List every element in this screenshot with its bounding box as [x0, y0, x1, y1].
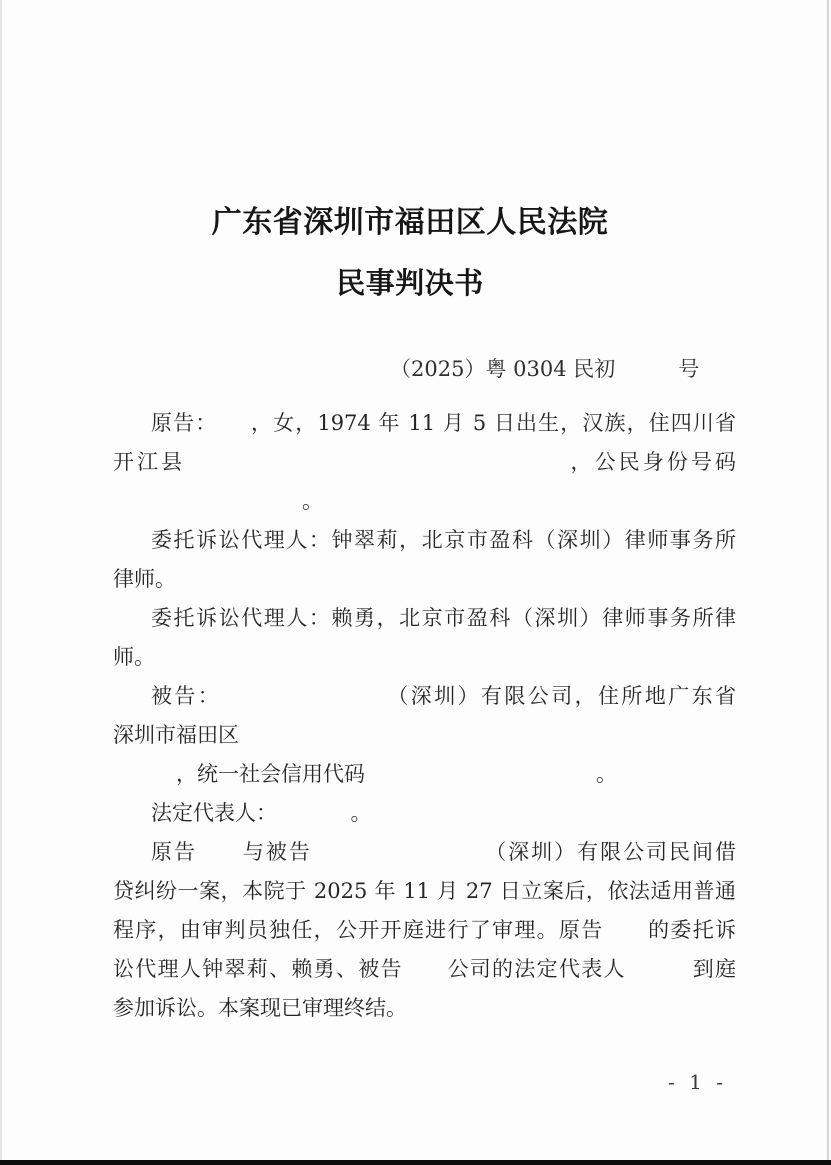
- body-line-legal-rep: 法定代表人： 。: [113, 794, 736, 833]
- body-line-agent2-1: 委托诉讼代理人：赖勇，北京市盈科（深圳）律师事务所律: [113, 599, 736, 638]
- scan-left-edge-line: [0, 0, 2, 1165]
- court-name-title: 广东省深圳市福田区人民法院: [0, 197, 820, 241]
- body-line-defendant-2: 深圳市福田区: [113, 716, 736, 755]
- scan-right-edge-line: [827, 0, 829, 1165]
- document-type-title: 民事判决书: [0, 261, 820, 302]
- body-line-agent1-2: 律师。: [113, 560, 736, 599]
- body-line-case-summary-3: 程序，由审判员独任，公开开庭进行了审理。原告 的委托诉: [113, 911, 736, 950]
- body-line-case-summary-4: 讼代理人钟翠莉、赖勇、被告 公司的法定代表人 到庭: [113, 950, 736, 989]
- scan-bottom-edge-bar: [0, 1160, 831, 1165]
- body-line-agent2-2: 师。: [113, 638, 736, 677]
- body-line-case-summary-5: 参加诉讼。本案现已审理终结。: [113, 989, 736, 1028]
- body-line-defendant-1: 被告： （深圳）有限公司，住所地广东省: [113, 677, 736, 716]
- body-line-plaintiff-3: 。: [113, 482, 736, 521]
- judgment-document-page: 广东省深圳市福田区人民法院 民事判决书 （2025）粤 0304 民初 号 原告…: [0, 0, 831, 1165]
- body-line-plaintiff-2: 开江县 ，公民身份号码: [113, 443, 736, 482]
- case-number: （2025）粤 0304 民初 号: [390, 353, 699, 383]
- body-line-plaintiff-1: 原告： ，女，1974 年 11 月 5 日出生，汉族，住四川省: [113, 404, 736, 443]
- body-line-agent1-1: 委托诉讼代理人：钟翠莉，北京市盈科（深圳）律师事务所: [113, 521, 736, 560]
- page-number: - 1 -: [668, 1070, 727, 1094]
- judgment-body: 原告： ，女，1974 年 11 月 5 日出生，汉族，住四川省 开江县 ，公民…: [113, 404, 736, 1028]
- body-line-case-summary-1: 原告 与被告 （深圳）有限公司民间借: [113, 833, 736, 872]
- body-line-case-summary-2: 贷纠纷一案，本院于 2025 年 11 月 27 日立案后，依法适用普通: [113, 872, 736, 911]
- body-line-defendant-3: ，统一社会信用代码 。: [113, 755, 736, 794]
